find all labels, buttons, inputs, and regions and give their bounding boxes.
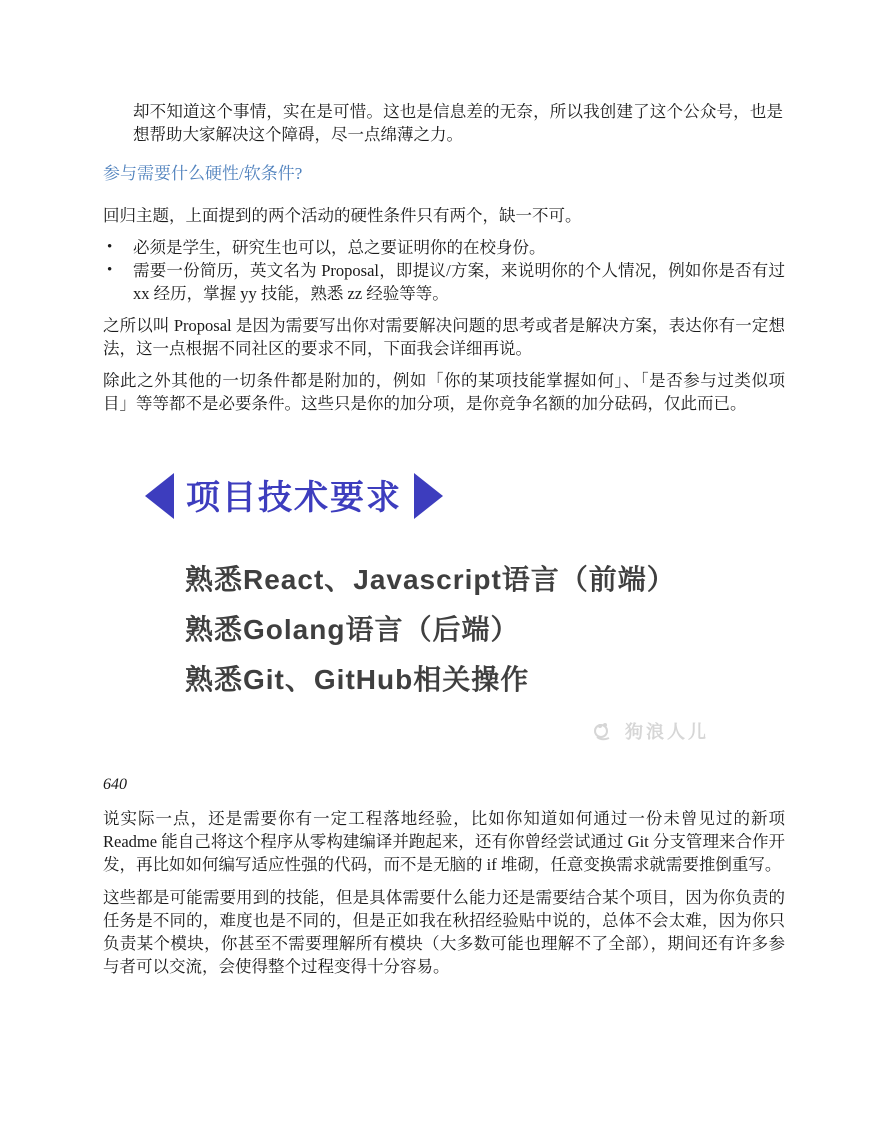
- figure-line-backend: 熟悉Golang语言（后端）: [185, 605, 785, 655]
- list-item: • 需要一份简历，英文名为 Proposal，即提议/方案，来说明你的个人情况，…: [103, 259, 785, 305]
- watermark-logo-icon: [593, 719, 617, 743]
- figure-line-git: 熟悉Git、GitHub相关操作: [185, 655, 785, 705]
- intro-paragraph: 却不知道这个事情，实在是可惜。这也是信息差的无奈，所以我创建了这个公众号，也是想…: [133, 100, 783, 146]
- bullet-icon: •: [103, 236, 133, 259]
- bullet-list: • 必须是学生，研究生也可以，总之要证明你的在校身份。 • 需要一份简历，英文名…: [103, 236, 785, 305]
- extra-conditions-paragraph: 除此之外其他的一切条件都是附加的，例如「你的某项技能掌握如何」、「是否参与过类似…: [103, 369, 785, 415]
- watermark-text: 狗浪人儿: [625, 718, 709, 744]
- figure-title: 项目技术要求: [186, 470, 402, 519]
- topic-paragraph: 回归主题，上面提到的两个活动的硬性条件只有两个，缺一不可。: [103, 204, 785, 227]
- section-heading: 参与需要什么硬性/软条件?: [103, 162, 785, 186]
- figure-caption: 640: [103, 775, 785, 795]
- left-arrow-icon: [145, 473, 174, 519]
- figure-lines: 熟悉React、Javascript语言（前端） 熟悉Golang语言（后端） …: [185, 555, 785, 705]
- right-arrow-icon: [414, 473, 443, 519]
- skills-paragraph: 这些都是可能需要用到的技能，但是具体需要什么能力还是需要结合某个项目，因为你负责…: [103, 886, 785, 978]
- proposal-paragraph: 之所以叫 Proposal 是因为需要写出你对需要解决问题的思考或者是解决方案，…: [103, 314, 785, 360]
- experience-paragraph: 说实际一点，还是需要你有一定工程落地经验，比如你知道如何通过一份未曾见过的新项 …: [103, 807, 785, 876]
- figure-line-frontend: 熟悉React、Javascript语言（前端）: [185, 555, 785, 605]
- figure-title-row: 项目技术要求: [145, 471, 785, 521]
- requirements-figure: 项目技术要求 熟悉React、Javascript语言（前端） 熟悉Golang…: [103, 471, 785, 795]
- bullet-icon: •: [103, 259, 133, 305]
- document-page: 却不知道这个事情，实在是可惜。这也是信息差的无奈，所以我创建了这个公众号，也是想…: [0, 0, 884, 1144]
- list-item-text: 必须是学生，研究生也可以，总之要证明你的在校身份。: [133, 236, 785, 259]
- list-item-text: 需要一份简历，英文名为 Proposal，即提议/方案，来说明你的个人情况，例如…: [133, 259, 785, 305]
- watermark: 狗浪人儿: [103, 719, 709, 743]
- list-item: • 必须是学生，研究生也可以，总之要证明你的在校身份。: [103, 236, 785, 259]
